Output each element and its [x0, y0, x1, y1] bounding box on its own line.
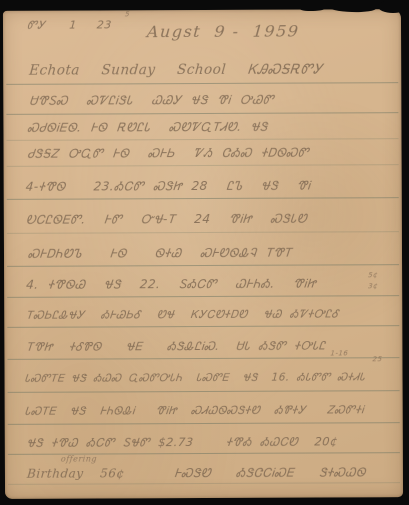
ruled-line	[7, 197, 399, 200]
ruled-line	[7, 231, 399, 234]
ruled-line	[7, 138, 399, 141]
handwritten-line: Echota Sunday School ᏦᎯᏍᎦᎡᏛᎩ	[29, 61, 324, 78]
paper-sheet: ᏛᎩ 1 23 5 Augst 9 - 1959 Echota Sunday S…	[3, 9, 403, 499]
handwritten-line: ᎢᏍᏏᏝᎲᏠᎩ ᎣᎰᏊᏏᎴ ᏬᏠ ᏦᎩᏟᏬᏐᎠᏬ ᏠᏊ ᎣᏤᏐᎤᏝᎴ	[26, 307, 340, 322]
ruled-line	[8, 422, 400, 425]
ruled-line	[7, 325, 399, 328]
margin-note-cents-bottom: 3¢	[368, 282, 379, 290]
date-heading: Augst 9 - 1959	[146, 22, 300, 42]
scan-artifact-blob	[378, 0, 408, 13]
handwritten-line: 4. ᏐᏡᏫᏊ ᏠᏕ 22. ᏚᎣᏟᏛ ᏇᎰᏂᎣ. ᏡᎥᏥ	[26, 277, 317, 293]
handwritten-line: ᏍᎰᎠᏂᏬᏖ ᎰᏫ ᏫᏐᏊ ᏍᎰᏬᏫᎲᎸ ᎢᏡᎢ	[27, 246, 292, 262]
ruled-line	[6, 112, 398, 115]
handwritten-line: ᎢᏡᏥ ᏐᎴᏈᏫ ᏠᎬ ᎣᏕᎲᏝᎥᏍ. ᏌᏓ ᎣᏕᏛ ᏐᎤᏓᏝ	[26, 338, 327, 354]
handwritten-line: ᏧᏕᎦᏃ ᎤᏩᏛ ᎰᏫ ᏍᎰᏏ ᏤᏱ ᏣᎣᏍ ᏐᎠᏫᏍᏛ	[27, 146, 310, 162]
ruled-line	[7, 295, 399, 298]
tiny-correction-mark: 5	[125, 10, 131, 18]
corner-notation: ᏛᎩ 1 23	[26, 18, 112, 32]
ruled-line	[8, 482, 400, 485]
ruled-line	[7, 164, 399, 167]
margin-note-cents-top: 5¢	[368, 271, 379, 279]
handwritten-line: ᏌᏡᏚᏍ ᏍᏤᏝᎥᏕᏓ ᏇᏊᎩ ᏠᏕ ᏡᎥ ᎤᏊᏛ	[29, 93, 275, 109]
handwritten-line: Birthday 56¢ ᎰᏍᏕᏬ ᎣᏕᏣᏟᎥᏍᎬ ᏕᏐᏍᏇᏫ	[26, 465, 366, 481]
handwritten-line: ᏍᏧᏫᎥᎬᏫ. ᎰᏫ ᎡᏬᏝᏓ ᏍᏬᏤᏩᎢᏗᏬ. ᏠᏕ	[27, 120, 269, 136]
ruled-line	[7, 264, 399, 267]
ruled-line	[7, 357, 399, 360]
handwritten-line: ᏓᏍᎢᎬ ᏠᏕ ᎰᏂᏫᎲᎥ ᏡᎥᏥ ᏍᏗᏇᏫᏍᏕᏐᏬ ᎣᏈᏐᎩ ᏃᏍᏛᏐᎥ	[24, 403, 365, 418]
scan-background: ᏛᎩ 1 23 5 Augst 9 - 1959 Echota Sunday S…	[0, 0, 409, 505]
handwritten-line: ᏓᏍᏛᎢᎬ ᏠᏕ ᎣᏇᏍ ᏩᏍᏛᎤᏓᏂ ᏓᏍᏛᎬ ᏠᏕ 16. ᎣᏓᏛᏛ ᏍᏐᏗ…	[24, 371, 366, 385]
ruled-line	[6, 82, 398, 85]
margin-note-ref: 1-16	[330, 349, 349, 357]
margin-note-amount: 25	[372, 355, 383, 363]
handwritten-line: 4-ᏐᏡᏫ 23.ᎣᏟᏛ ᏍᏕᏥ 28 ᏝᏖ ᏠᏕ ᏡᎥ	[25, 179, 311, 195]
handwritten-line: ᏠᏕ ᏐᏡᏇ ᎣᏟᏛ ᏚᏠᏛ $2.73 ᏐᏡᎣ ᎣᏇᏟᏬ 20¢	[26, 434, 338, 450]
handwritten-line: ᎧᏟᏝᏫᎬᏛ. ᎰᏛ ᏅᏠ-Ꭲ 24 ᏡᎥᏥ ᏍᏕᏓᏬ	[25, 212, 307, 228]
interlinear-note-offering: offering	[61, 454, 98, 463]
ruled-line	[8, 390, 400, 393]
